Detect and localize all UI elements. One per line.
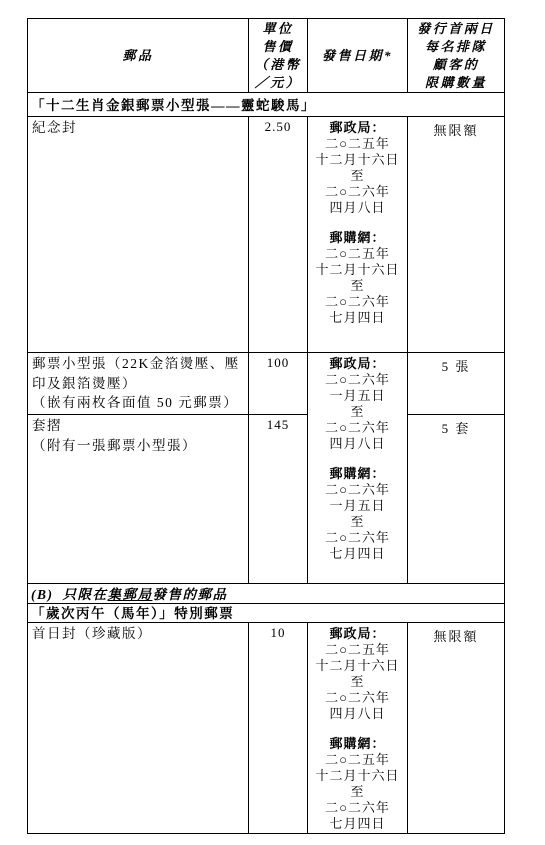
section-b-text-post: 發售的郵品 <box>153 587 228 602</box>
sale-date-cell: 郵政局： 二○二五年 十二月十六日 至 二○二六年 四月八日 郵購網： 二○二五… <box>308 117 408 353</box>
price-cell: 145 <box>249 415 308 584</box>
shopmail-date-range: 二○二五年 十二月十六日 至 二○二六年 七月四日 <box>308 752 407 832</box>
post-office-date-block: 郵政局： 二○二五年 十二月十六日 至 二○二六年 四月八日 <box>308 120 407 216</box>
purchase-limit-cell: 無限額 <box>408 117 505 353</box>
section-b-subtitle-row: 「歲次丙午（馬年）」特別郵票 <box>28 604 505 623</box>
post-office-label: 郵政局： <box>308 120 407 136</box>
stamp-products-table: 郵品 單位 售價 （港幣 ／元） 發售日期* 發行首兩日 每名排隊 顧客的 限購… <box>27 18 505 834</box>
shopmail-date-range: 二○二六年 一月五日 至 二○二六年 七月四日 <box>308 482 407 562</box>
shopmail-date-range: 二○二五年 十二月十六日 至 二○二六年 七月四日 <box>308 246 407 326</box>
product-cell: 紀念封 <box>28 117 249 353</box>
section-b-title: (B)只限在集郵局發售的郵品 <box>28 584 505 604</box>
shopmail-date-block: 郵購網： 二○二六年 一月五日 至 二○二六年 七月四日 <box>308 466 407 562</box>
table-row-commemorative-cover: 紀念封 2.50 郵政局： 二○二五年 十二月十六日 至 二○二六年 四月八日 … <box>28 117 505 353</box>
price-cell: 10 <box>249 623 308 834</box>
post-office-label: 郵政局： <box>308 626 407 642</box>
price-cell: 2.50 <box>249 117 308 353</box>
section-a-title: 「十二生肖金銀郵票小型張——靈蛇駿馬」 <box>28 93 505 117</box>
table-row-souvenir-sheet: 郵票小型張（22K金箔燙壓、壓 印及銀箔燙壓） （嵌有兩枚各面值 50 元郵票）… <box>28 353 505 415</box>
section-b-text-pre: 只限在 <box>63 587 108 602</box>
post-office-date-range: 二○二六年 一月五日 至 二○二六年 四月八日 <box>308 372 407 452</box>
table-row-first-day-cover: 首日封（珍藏版） 10 郵政局： 二○二五年 十二月十六日 至 二○二六年 四月… <box>28 623 505 834</box>
shopmail-date-block: 郵購網： 二○二五年 十二月十六日 至 二○二六年 七月四日 <box>308 736 407 832</box>
section-b-subtitle: 「歲次丙午（馬年）」特別郵票 <box>28 604 505 623</box>
table-header-row: 郵品 單位 售價 （港幣 ／元） 發售日期* 發行首兩日 每名排隊 顧客的 限購… <box>28 19 505 93</box>
post-office-date-range: 二○二五年 十二月十六日 至 二○二六年 四月八日 <box>308 136 407 216</box>
table-row-presentation-pack: 套摺 （附有一張郵票小型張） 145 5 套 <box>28 415 505 584</box>
document-page: 郵品 單位 售價 （港幣 ／元） 發售日期* 發行首兩日 每名排隊 顧客的 限購… <box>0 0 545 845</box>
section-b-label: (B) <box>31 587 54 602</box>
col-header-purchase-limit: 發行首兩日 每名排隊 顧客的 限購數量 <box>408 19 505 93</box>
post-office-date-range: 二○二五年 十二月十六日 至 二○二六年 四月八日 <box>308 642 407 722</box>
purchase-limit-cell: 無限額 <box>408 623 505 834</box>
section-b-row: (B)只限在集郵局發售的郵品 <box>28 584 505 604</box>
col-header-product: 郵品 <box>28 19 249 93</box>
sale-date-cell: 郵政局： 二○二五年 十二月十六日 至 二○二六年 四月八日 郵購網： 二○二五… <box>308 623 408 834</box>
post-office-date-block: 郵政局： 二○二五年 十二月十六日 至 二○二六年 四月八日 <box>308 626 407 722</box>
price-cell: 100 <box>249 353 308 415</box>
section-b-text-underlined: 集郵局 <box>108 587 153 602</box>
product-cell: 郵票小型張（22K金箔燙壓、壓 印及銀箔燙壓） （嵌有兩枚各面值 50 元郵票） <box>28 353 249 415</box>
product-cell: 首日封（珍藏版） <box>28 623 249 834</box>
shopmail-label: 郵購網： <box>308 230 407 246</box>
section-a-row: 「十二生肖金銀郵票小型張——靈蛇駿馬」 <box>28 93 505 117</box>
post-office-date-block: 郵政局： 二○二六年 一月五日 至 二○二六年 四月八日 <box>308 356 407 452</box>
shopmail-label: 郵購網： <box>308 736 407 752</box>
product-cell: 套摺 （附有一張郵票小型張） <box>28 415 249 584</box>
shopmail-date-block: 郵購網： 二○二五年 十二月十六日 至 二○二六年 七月四日 <box>308 230 407 326</box>
post-office-label: 郵政局： <box>308 356 407 372</box>
shopmail-label: 郵購網： <box>308 466 407 482</box>
purchase-limit-cell: 5 套 <box>408 415 505 584</box>
sale-date-cell-shared: 郵政局： 二○二六年 一月五日 至 二○二六年 四月八日 郵購網： 二○二六年 … <box>308 353 408 584</box>
col-header-unit-price: 單位 售價 （港幣 ／元） <box>249 19 308 93</box>
col-header-sale-date: 發售日期* <box>308 19 408 93</box>
purchase-limit-cell: 5 張 <box>408 353 505 415</box>
